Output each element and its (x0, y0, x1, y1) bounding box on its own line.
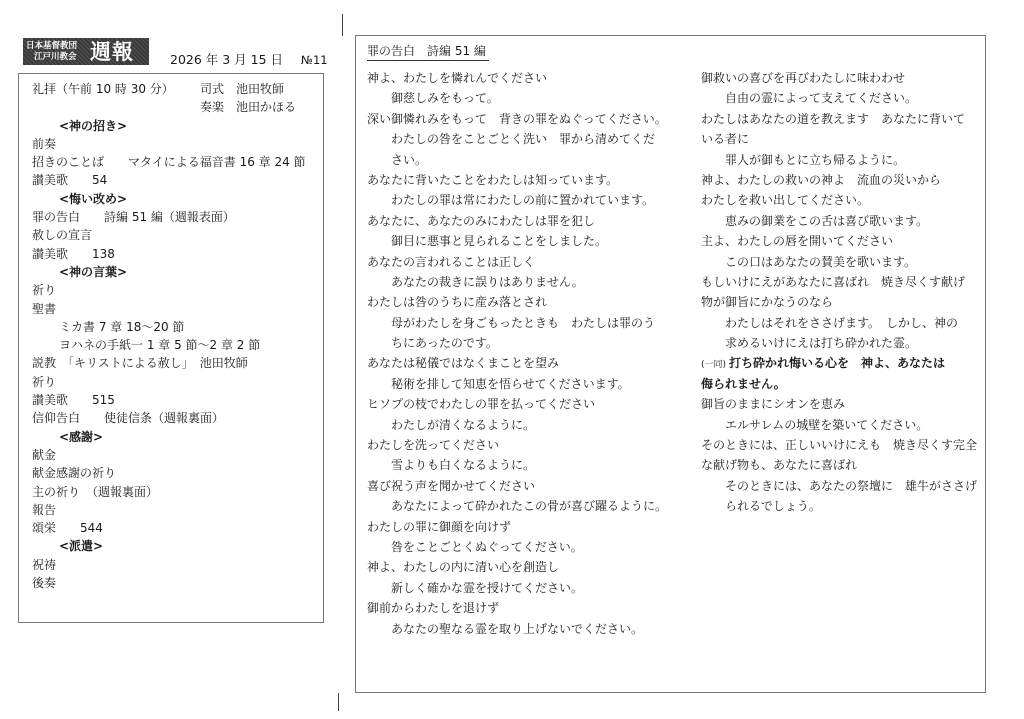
psalm-line: ちにあったのです。 (367, 331, 692, 351)
psalm-line: 恵みの御業をこの舌は喜び歌います。 (701, 209, 971, 229)
psalm-line-text: 求めるいけにえは打ち砕かれた霊。 (725, 336, 917, 350)
psalm-line-text: 深い御憐れみをもって 背きの罪をぬぐってください。 (367, 112, 667, 126)
service-role: 司式 池田牧師 (200, 80, 284, 98)
psalm-line: あなたに背いたことをわたしは知っています。 (367, 168, 692, 188)
psalm-line-text: わたしを洗ってください (367, 438, 499, 452)
service-item-label: ヨハネの手紙一 1 章 5 節～2 章 2 節 (59, 338, 260, 352)
service-item-label: 祈り (32, 283, 56, 297)
bulletin-date: 2026 年 3 月 15 日 (170, 52, 283, 67)
service-item-label: 讃美歌 138 (32, 247, 115, 261)
service-item-label: 赦しの宣言 (32, 228, 92, 242)
psalm-line-text: もしいけにえがあなたに喜ばれ 焼き尽くす献げ (701, 275, 965, 289)
service-item-label: 献金 (32, 448, 56, 462)
psalm-line-text: 咎をことごとくぬぐってください。 (391, 540, 583, 554)
service-item-label: 前奏 (32, 137, 56, 151)
psalm-line-text: 侮られません。 (701, 377, 786, 391)
psalm-line-text: あなたによって砕かれたこの骨が喜び躍るように。 (391, 499, 667, 513)
psalm-line: 御前からわたしを退けず (367, 596, 692, 616)
psalm-line-text: あなたの裁きに誤りはありません。 (391, 275, 584, 289)
psalm-line: ヒソプの枝でわたしの罪を払ってください (367, 392, 692, 412)
psalm-line-text: 罪人が御もとに立ち帰るように。 (725, 153, 905, 167)
order-of-service: 礼拝（午前 10 時 30 分）司式 池田牧師奏楽 池田かほる<神の招き>前奏招… (18, 73, 324, 623)
fold-mark-top (342, 14, 343, 36)
service-item-label: 後奏 (32, 576, 56, 590)
psalm-line-text: 神よ、わたしの救いの神よ 流血の災いから (701, 173, 941, 187)
psalm-line: わたしはそれをささげます。 しかし、神の (701, 311, 971, 331)
service-item-label: 報告 (32, 503, 56, 517)
service-item-label: <派遣> (59, 539, 103, 553)
dateline: 2026 年 3 月 15 日 №11 (170, 50, 328, 68)
psalm-line: 物が御旨にかなうのなら (701, 290, 971, 310)
psalm-line-text: そのときには、あなたの祭壇に 雄牛がささげ (725, 479, 977, 493)
service-item: 礼拝（午前 10 時 30 分）司式 池田牧師 (32, 80, 317, 98)
publication-title: 週報 (90, 38, 134, 65)
psalm-line: 御旨のままにシオンを恵み (701, 392, 971, 412)
service-item: 報告 (32, 501, 317, 519)
psalm-line: わたしを洗ってください (367, 433, 692, 453)
psalm-line-text: 御目に悪事と見られることをしました。 (391, 234, 607, 248)
psalm-line: 雪よりも白くなるように。 (367, 453, 692, 473)
psalm-line: あなたの裁きに誤りはありません。 (367, 270, 692, 290)
service-item: 奏楽 池田かほる (32, 98, 317, 116)
psalm-line: わたしの罪は常にわたしの前に置かれています。 (367, 188, 692, 208)
psalm-line: 秘術を排して知恵を悟らせてくださいます。 (367, 372, 692, 392)
service-item: 讃美歌 138 (32, 245, 317, 263)
psalm-line: いる者に (701, 127, 971, 147)
psalm-line: わたしの罪に御顔を向けず (367, 515, 692, 535)
service-item-label: 聖書 (32, 302, 56, 316)
psalm-line: そのときには、あなたの祭壇に 雄牛がささげ (701, 474, 971, 494)
psalm-line: 御救いの喜びを再びわたしに味わわせ (701, 66, 971, 86)
service-item-label: 招きのことば マタイによる福音書 16 章 24 節 (32, 155, 306, 169)
psalm-line: あなたに、あなたのみにわたしは罪を犯し (367, 209, 692, 229)
fold-mark-bottom (338, 693, 339, 711)
psalm-line: わたしは咎のうちに産み落とされ (367, 290, 692, 310)
service-item: 赦しの宣言 (32, 226, 317, 244)
service-item: 後奏 (32, 574, 317, 592)
psalm-line: 母がわたしを身ごもったときも わたしは罪のう (367, 311, 692, 331)
psalm-line-text: そのときには、正しいいけにえも 焼き尽くす完全 (701, 438, 977, 452)
congregation-marker: (一同) (701, 360, 726, 370)
psalm-frame: 罪の告白 詩編 51 編 神よ、わたしを憐れんでください御慈しみをもって。深い御… (355, 35, 986, 693)
service-item: 献金 (32, 446, 317, 464)
psalm-line-text: 御慈しみをもって。 (391, 91, 499, 105)
psalm-line: (一同)打ち砕かれ悔いる心を 神よ、あなたは (701, 351, 971, 371)
section-heading: <神の招き> (32, 117, 317, 135)
psalm-line-text: 主よ、わたしの唇を開いてください (701, 234, 893, 248)
psalm-line: あなたの言われることは正しく (367, 250, 692, 270)
psalm-line: わたしの咎をことごとく洗い 罪から清めてくだ (367, 127, 692, 147)
psalm-line-text: 御救いの喜びを再びわたしに味わわせ (701, 71, 905, 85)
service-item: 祝祷 (32, 556, 317, 574)
psalm-line-text: 喜び祝う声を聞かせてください (367, 479, 535, 493)
service-item-label: 讃美歌 54 (32, 173, 107, 187)
psalm-line: な献げ物も、あなたに喜ばれ (701, 453, 971, 473)
psalm-line: 喜び祝う声を聞かせてください (367, 474, 692, 494)
psalm-line-text: この口はあなたの賛美を歌います。 (725, 255, 916, 269)
psalm-line: さい。 (367, 148, 692, 168)
psalm-line-text: 打ち砕かれ悔いる心を 神よ、あなたは (729, 356, 945, 370)
psalm-line: あなたの聖なる霊を取り上げないでください。 (367, 617, 692, 637)
service-item-label: ミカ書 7 章 18～20 節 (59, 320, 184, 334)
psalm-line: 主よ、わたしの唇を開いてください (701, 229, 971, 249)
psalm-line-text: 物が御旨にかなうのなら (701, 295, 833, 309)
psalm-line-text: 御旨のままにシオンを恵み (701, 397, 845, 411)
psalm-line-text: 秘術を排して知恵を悟らせてくださいます。 (391, 377, 630, 391)
church-name: 日本基督教団 江戸川教会 (23, 41, 90, 63)
psalm-line: もしいけにえがあなたに喜ばれ 焼き尽くす献げ (701, 270, 971, 290)
psalm-line: 御慈しみをもって。 (367, 86, 692, 106)
denomination: 日本基督教団 (26, 41, 90, 52)
psalm-line: 御目に悪事と見られることをしました。 (367, 229, 692, 249)
psalm-line-text: わたしは咎のうちに産み落とされ (367, 295, 547, 309)
psalm-line: 深い御憐れみをもって 背きの罪をぬぐってください。 (367, 107, 692, 127)
psalm-line: 求めるいけにえは打ち砕かれた霊。 (701, 331, 971, 351)
psalm-line: あなたによって砕かれたこの骨が喜び躍るように。 (367, 494, 692, 514)
psalm-line-text: 母がわたしを身ごもったときも わたしは罪のう (391, 316, 655, 330)
service-item-label: <感謝> (59, 430, 103, 444)
psalm-line-text: いる者に (701, 132, 749, 146)
service-item-label: 礼拝（午前 10 時 30 分） (32, 82, 174, 96)
service-item: 前奏 (32, 135, 317, 153)
psalm-line-text: 恵みの御業をこの舌は喜び歌います。 (725, 214, 928, 228)
service-item: 讃美歌 54 (32, 171, 317, 189)
service-item-label: 説教 「キリストによる赦し」 池田牧師 (32, 356, 248, 370)
service-item-label: 信仰告白 使徒信条（週報裏面） (32, 411, 224, 425)
section-heading: <派遣> (32, 537, 317, 555)
psalm-line-text: あなたに背いたことをわたしは知っています。 (367, 173, 618, 187)
service-item-label: 讃美歌 515 (32, 393, 115, 407)
psalm-line: 自由の霊によって支えてください。 (701, 86, 971, 106)
service-item: 祈り (32, 373, 317, 391)
service-item-label: <神の言葉> (59, 265, 127, 279)
psalm-line-text: あなたに、あなたのみにわたしは罪を犯し (367, 214, 595, 228)
psalm-line-text: あなたは秘儀ではなくまことを望み (367, 356, 559, 370)
section-heading: <感謝> (32, 428, 317, 446)
psalm-line: 罪人が御もとに立ち帰るように。 (701, 148, 971, 168)
service-item: 招きのことば マタイによる福音書 16 章 24 節 (32, 153, 317, 171)
service-item-label: 祈り (32, 375, 56, 389)
bulletin-masthead: 日本基督教団 江戸川教会 週報 (23, 38, 149, 65)
psalm-line-text: 雪よりも白くなるように。 (391, 458, 535, 472)
service-item: 信仰告白 使徒信条（週報裏面） (32, 409, 317, 427)
service-item: 祈り (32, 281, 317, 299)
psalm-line-text: あなたの聖なる霊を取り上げないでください。 (391, 622, 643, 636)
psalm-line-text: な献げ物も、あなたに喜ばれ (701, 458, 857, 472)
service-item: 献金感謝の祈り (32, 464, 317, 482)
psalm-column-2: 御救いの喜びを再びわたしに味わわせ自由の霊によって支えてください。わたしはあなた… (701, 66, 971, 515)
service-item: ミカ書 7 章 18～20 節 (32, 318, 317, 336)
psalm-line-text: わたしはそれをささげます。 しかし、神の (725, 316, 958, 330)
psalm-line-text: さい。 (391, 153, 427, 167)
service-item-label: 献金感謝の祈り (32, 466, 116, 480)
psalm-line-text: わたしはあなたの道を教えます あなたに背いて (701, 112, 965, 126)
psalm-line: わたしはあなたの道を教えます あなたに背いて (701, 107, 971, 127)
service-item: 主の祈り （週報裏面） (32, 483, 317, 501)
psalm-line: 侮られません。 (701, 372, 971, 392)
psalm-line-text: ヒソプの枝でわたしの罪を払ってください (367, 397, 595, 411)
service-item-label: 祝祷 (32, 558, 56, 572)
psalm-line-text: られるでしょう。 (725, 499, 821, 513)
psalm-line-text: わたしの罪に御顔を向けず (367, 520, 511, 534)
section-heading: <悔い改め> (32, 190, 317, 208)
psalm-line: わたしが清くなるように。 (367, 413, 692, 433)
psalm-line-text: 神よ、わたしの内に清い心を創造し (367, 560, 559, 574)
service-item: 罪の告白 詩編 51 編（週報表面） (32, 208, 317, 226)
psalm-line-text: 御前からわたしを退けず (367, 601, 499, 615)
psalm-line-text: わたしの罪は常にわたしの前に置かれています。 (391, 193, 654, 207)
psalm-line: 咎をことごとくぬぐってください。 (367, 535, 692, 555)
service-item: ヨハネの手紙一 1 章 5 節～2 章 2 節 (32, 336, 317, 354)
order-list: 礼拝（午前 10 時 30 分）司式 池田牧師奏楽 池田かほる<神の招き>前奏招… (32, 80, 317, 592)
service-item-label: <悔い改め> (59, 192, 127, 206)
service-item-label: 主の祈り （週報裏面） (32, 485, 158, 499)
psalm-line-text: 神よ、わたしを憐れんでください (367, 71, 547, 85)
psalm-line: そのときには、正しいいけにえも 焼き尽くす完全 (701, 433, 971, 453)
psalm-line-text: 新しく確かな霊を授けてください。 (391, 581, 583, 595)
service-item: 聖書 (32, 300, 317, 318)
psalm-line-text: わたしを救い出してください。 (701, 193, 869, 207)
psalm-line-text: わたしが清くなるように。 (391, 418, 535, 432)
psalm-line-text: エルサレムの城壁を築いてください。 (725, 418, 928, 432)
congregation: 江戸川教会 (26, 52, 90, 63)
section-heading: <神の言葉> (32, 263, 317, 281)
psalm-column-1: 神よ、わたしを憐れんでください御慈しみをもって。深い御憐れみをもって 背きの罪を… (367, 66, 692, 637)
service-item: 頌栄 544 (32, 519, 317, 537)
psalm-line: エルサレムの城壁を築いてください。 (701, 413, 971, 433)
psalm-line-text: 自由の霊によって支えてください。 (725, 91, 917, 105)
psalm-title: 罪の告白 詩編 51 編 (367, 42, 489, 61)
psalm-line: この口はあなたの賛美を歌います。 (701, 250, 971, 270)
service-item: 讃美歌 515 (32, 391, 317, 409)
psalm-line: 神よ、わたしを憐れんでください (367, 66, 692, 86)
service-item: 説教 「キリストによる赦し」 池田牧師 (32, 354, 317, 372)
psalm-line: 神よ、わたしの救いの神よ 流血の災いから (701, 168, 971, 188)
service-item-label: <神の招き> (59, 119, 127, 133)
service-item-label: 頌栄 544 (32, 521, 103, 535)
service-item-label: 罪の告白 詩編 51 編（週報表面） (32, 210, 235, 224)
psalm-line-text: わたしの咎をことごとく洗い 罪から清めてくだ (391, 132, 655, 146)
psalm-line: あなたは秘儀ではなくまことを望み (367, 351, 692, 371)
psalm-line: 神よ、わたしの内に清い心を創造し (367, 555, 692, 575)
psalm-line: 新しく確かな霊を授けてください。 (367, 576, 692, 596)
service-role: 奏楽 池田かほる (200, 98, 296, 116)
psalm-line: られるでしょう。 (701, 494, 971, 514)
psalm-line-text: あなたの言われることは正しく (367, 255, 535, 269)
psalm-line: わたしを救い出してください。 (701, 188, 971, 208)
psalm-line-text: ちにあったのです。 (391, 336, 498, 350)
issue-number: №11 (301, 53, 328, 67)
